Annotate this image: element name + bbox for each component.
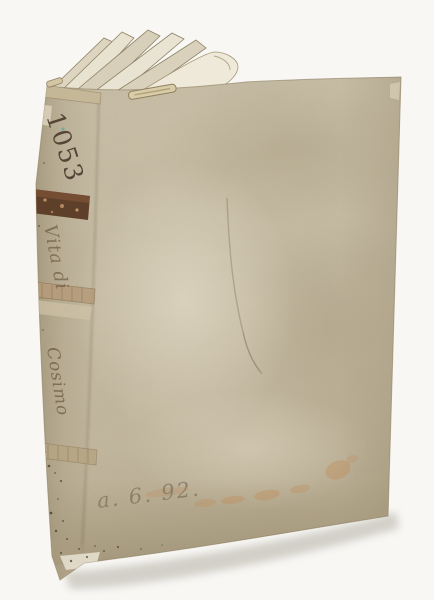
edge-chip [390, 82, 400, 100]
book-photo: 1053 Vita di Cosimo a. 6. 92. [0, 0, 434, 600]
book-photograph: 1053 Vita di Cosimo a. 6. 92. [0, 0, 434, 600]
vellum-cover [0, 0, 434, 600]
